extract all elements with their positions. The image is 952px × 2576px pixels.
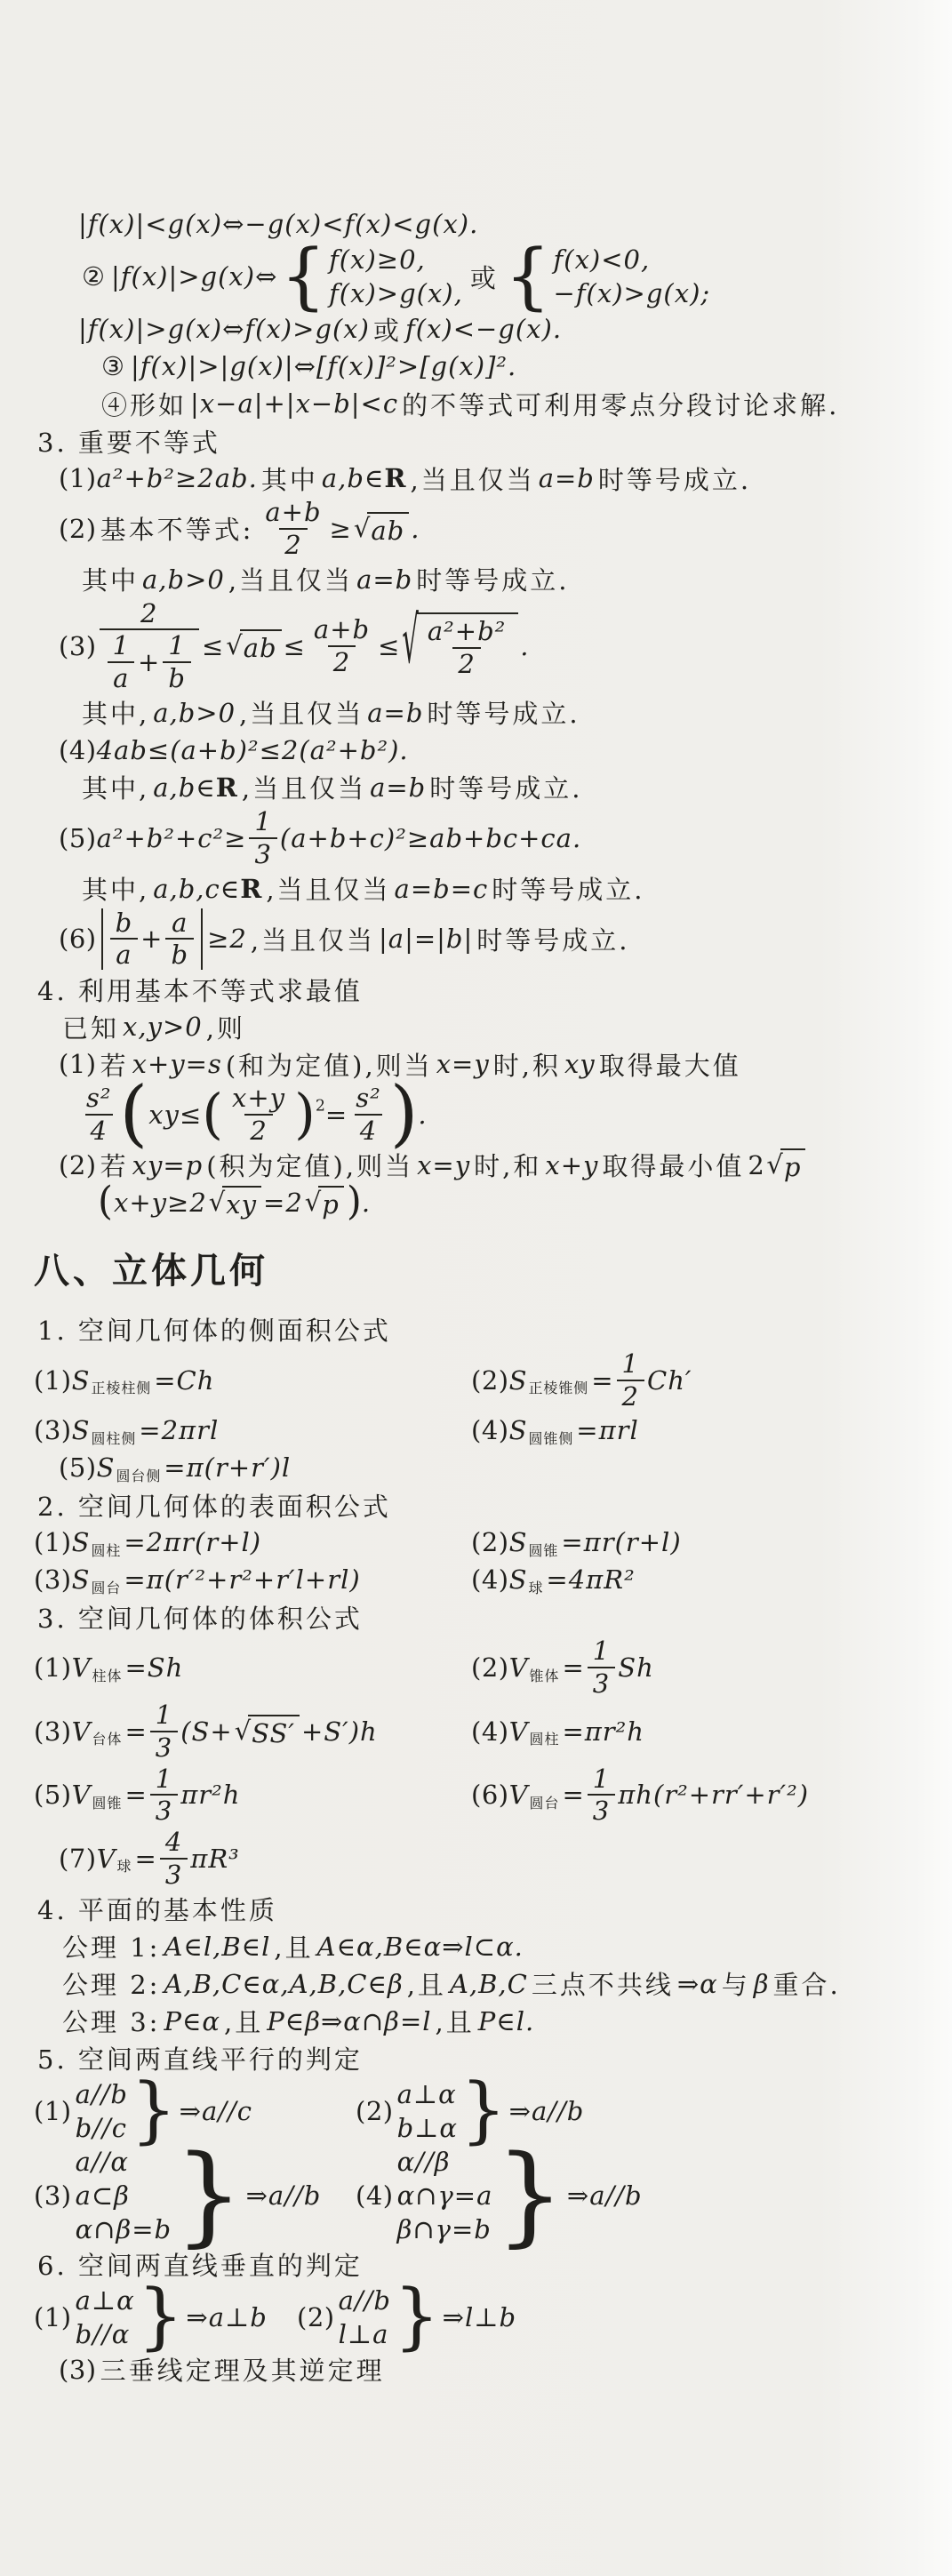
cjk-run: 若 — [100, 1147, 129, 1183]
stack-row: a//b — [76, 2079, 128, 2109]
math-run: a,b,c∈ — [153, 874, 240, 904]
formula-line: 公理 2:A,B,C∈α,A,B,C∈β,且A,B,C三点不共线⇒α与β重合. — [34, 1965, 929, 2003]
numerator: a+b — [308, 614, 375, 645]
math-run: ⇒a//b — [246, 2180, 322, 2211]
stacked-rows: α//βα∩γ=aβ∩γ=b — [396, 2145, 495, 2246]
math-run: |f(x)|>g(x)⇔f(x)>g(x) — [78, 314, 370, 344]
cases-group: {f(x)<0,−f(x)>g(x); — [504, 243, 712, 310]
math-run: S — [509, 1365, 528, 1396]
math-run: V — [72, 1780, 92, 1810]
cjk-run: 已知 — [62, 1009, 119, 1045]
cjk-run: 其中, — [82, 694, 149, 731]
number-run: 2 — [748, 1150, 764, 1180]
math-run: . — [362, 1188, 371, 1218]
math-run: 3 — [165, 1860, 182, 1891]
math-run: =π(r′²+r²+r′l+rl) — [124, 1564, 360, 1595]
formula-cell: (2)a⊥αb⊥α}⇒a//b — [356, 2077, 929, 2145]
stack-row: a⊂β — [76, 2180, 130, 2211]
math-run: xy≤ — [148, 1100, 202, 1130]
stack-row: b//c — [76, 2113, 127, 2143]
math-run: =π(r+r′)l — [164, 1452, 291, 1483]
formula-cell: (1)S圆柱=2πr(r+l) — [34, 1527, 471, 1557]
close-paren: ) — [294, 1093, 316, 1137]
fraction: a+b2 — [308, 614, 375, 678]
math-run: A,B,C — [450, 1969, 528, 1999]
formula-row: (3)V台体=13(S+√SS′+S′)h(4)V圆柱=πr²h — [34, 1700, 929, 1764]
brace-group: a⊥αb//α} — [74, 2284, 185, 2351]
cjk-run: 公理 3: — [62, 2003, 160, 2039]
math-run: x=y — [436, 1049, 490, 1079]
subscript: 正棱柱侧 — [91, 1377, 151, 1397]
sqrt: √ab — [354, 512, 409, 546]
math-run: P∈l. — [478, 2006, 534, 2036]
bold-run: R — [384, 463, 406, 493]
number-run: (3) — [59, 2355, 97, 2385]
sqrt: √p — [305, 1186, 344, 1220]
denominator: 3 — [160, 1858, 188, 1891]
formula-row: (1)a⊥αb//α}⇒a⊥b(2)a//bl⊥a}⇒l⊥b — [34, 2284, 929, 2351]
math-run: 3 — [593, 1668, 610, 1700]
cjk-run: ,则 — [206, 1009, 245, 1045]
formula-line: |f(x)|>g(x)⇔f(x)>g(x)或f(x)<−g(x). — [34, 310, 929, 348]
formula-line: (2)若xy=p(积为定值),则当x=y时,和x+y取得最小值2√p — [34, 1147, 929, 1184]
fraction: 13 — [588, 1636, 615, 1700]
math-run: V — [509, 1780, 529, 1810]
math-run: ⇒α — [677, 1969, 718, 1999]
formula-line: (x+y≥2√xy=2√p). — [34, 1184, 929, 1221]
cjk-run: 公理 1: — [62, 1928, 160, 1964]
math-run: a²+b² — [428, 616, 506, 647]
math-run: a,b>0 — [153, 698, 236, 728]
cjk-run: ④形如 — [101, 386, 187, 422]
formula-cell: (2)V锥体=13Sh — [471, 1636, 929, 1700]
math-run: ⇒a//c — [180, 2096, 252, 2126]
numerator: s² — [350, 1083, 387, 1114]
stack-row: a//α — [76, 2147, 129, 2177]
math-run: =Ch — [154, 1365, 214, 1396]
cjk-run: 1. 空间几何体的侧面积公式 — [37, 1311, 391, 1348]
math-run: f(x)≥0, — [329, 244, 426, 275]
math-run: 1 — [156, 1764, 172, 1795]
math-run: |f(x)|>|g(x)|⇔[f(x)]²>[g(x)]². — [131, 351, 516, 381]
number-run: (4) — [59, 735, 97, 765]
formula-line: (1)a²+b²≥2ab.其中a,b∈R,当且仅当a=b时等号成立. — [34, 460, 929, 497]
formula-cell: (2)S圆锥=πr(r+l) — [471, 1527, 929, 1557]
subscript: 正棱锥侧 — [528, 1377, 588, 1397]
cjk-run: 3. 重要不等式 — [37, 423, 220, 460]
fraction: 13 — [249, 806, 276, 870]
math-run: 1 — [113, 630, 130, 661]
math-run: l⊥a — [339, 2319, 389, 2349]
subscript: 圆锥 — [528, 1540, 558, 1560]
math-run: =πr²h — [562, 1716, 644, 1747]
denominator: 4 — [355, 1114, 382, 1147]
fraction: s²4 — [81, 1083, 117, 1147]
math-run: a//b — [339, 2285, 391, 2316]
math-run: 3 — [156, 1796, 172, 1827]
open-paren: ( — [202, 1093, 223, 1137]
stack-row: b⊥α — [397, 2113, 458, 2143]
cjk-run: ,当且仅当 — [411, 460, 535, 497]
formula-row: (5)V圆锥=13πr²h(6)V圆台=13πh(r²+rr′+r′²) — [34, 1764, 929, 1828]
subscript: 球 — [117, 1855, 132, 1876]
math-run: 2 — [140, 598, 157, 629]
formula-line: 3. 重要不等式 — [34, 422, 929, 460]
math-run: 1 — [622, 1348, 639, 1380]
math-run: A∈l,B∈l — [164, 1932, 270, 1962]
formula-line: 1. 空间几何体的侧面积公式 — [34, 1311, 929, 1348]
math-run: a — [113, 663, 129, 694]
formula-cell: (4)S球=4πR² — [471, 1564, 929, 1595]
math-run: S — [509, 1415, 528, 1445]
denominator: 2 — [452, 647, 480, 680]
number-run: (3) — [34, 2180, 72, 2211]
math-run: πR³ — [190, 1844, 240, 1874]
math-run: a — [172, 908, 188, 939]
cjk-run: 5. 空间两直线平行的判定 — [37, 2040, 363, 2076]
math-run: |x−a|+|x−b|<c — [190, 388, 398, 419]
math-run: |f(x)|>g(x)⇔ — [111, 261, 277, 292]
math-run: S — [72, 1415, 91, 1445]
math-run: a,b∈ — [153, 772, 216, 803]
formula-row: (1)V柱体=Sh(2)V锥体=13Sh — [34, 1636, 929, 1700]
denominator: 3 — [150, 1794, 178, 1827]
number-run: (2) — [471, 1527, 509, 1557]
math-run: 1 — [593, 1764, 610, 1795]
math-run: =2πr(r+l) — [124, 1527, 261, 1557]
section-heading: 八、立体几何 — [34, 1243, 929, 1293]
math-run: = — [124, 1716, 147, 1747]
math-run: f(x)>g(x), — [329, 278, 463, 308]
numerator: a — [166, 908, 193, 939]
math-run: 3 — [254, 839, 271, 870]
formula-cell: (1)V柱体=Sh — [34, 1652, 471, 1683]
math-run: ⇒a⊥b — [186, 2302, 267, 2332]
formula-cell: (3)S圆台=π(r′²+r²+r′l+rl) — [34, 1564, 471, 1595]
cjk-run: 其中 — [261, 460, 318, 497]
math-run: V — [509, 1652, 529, 1683]
fraction: s²4 — [350, 1083, 387, 1147]
denominator: a — [110, 938, 137, 971]
math-run: ab — [371, 516, 404, 546]
math-run: = — [562, 1652, 584, 1683]
number-run: (5) — [34, 1780, 72, 1810]
formula-cell: (4)V圆柱=πr²h — [471, 1716, 929, 1747]
math-run: S — [509, 1527, 528, 1557]
math-run: Ch′ — [647, 1365, 692, 1396]
math-run: ⇒a//b — [509, 2096, 585, 2126]
formula-row: (1)S正棱柱侧=Ch(2)S正棱锥侧=12Ch′ — [34, 1348, 929, 1412]
math-run: 4 — [91, 1116, 108, 1147]
denominator: 3 — [588, 1667, 615, 1700]
math-run: a=b — [367, 698, 423, 728]
fraction: 13 — [150, 1700, 178, 1764]
math-run: 4 — [360, 1116, 377, 1147]
math-run: x+y≥2 — [114, 1188, 207, 1218]
math-run: s² — [356, 1083, 381, 1114]
formula-line: (5)a²+b²+c²≥13(a+b+c)²≥ab+bc+ca. — [34, 806, 929, 870]
math-run: =πr(r+l) — [561, 1527, 681, 1557]
fraction: 12 — [617, 1348, 644, 1412]
denominator: 2 — [617, 1380, 644, 1412]
formula-line: ④形如|x−a|+|x−b|<c的不等式可利用零点分段讨论求解. — [34, 385, 929, 422]
brace: { — [505, 248, 551, 306]
brace-group: α//βα∩γ=aβ∩γ=b} — [396, 2145, 565, 2246]
cjk-run: 或 — [373, 311, 402, 348]
number-run: (3) — [34, 1564, 72, 1595]
number-run: (2) — [356, 2096, 394, 2126]
cjk-run: 重合. — [773, 1965, 841, 2002]
math-run: 2 — [284, 530, 301, 561]
denominator: a — [108, 661, 134, 694]
stacked-rows: a⊥αb//α — [74, 2284, 137, 2351]
cjk-run: 其中 — [82, 561, 139, 597]
number-run: (6) — [471, 1780, 509, 1810]
paren-content: x+y2 — [224, 1083, 293, 1147]
math-run: a²+b²+c²≥ — [97, 823, 247, 853]
numerator: 1 — [150, 1700, 178, 1731]
math-run: p — [784, 1152, 802, 1182]
cjk-run: ,且 — [407, 1965, 446, 2002]
radicand: p — [780, 1148, 806, 1182]
formula-line: 已知x,y>0,则 — [34, 1008, 929, 1045]
math-run: a=b — [539, 463, 595, 493]
sqrt: √p — [766, 1148, 805, 1182]
formula-line: 其中,a,b,c∈R,当且仅当a=b=c时等号成立. — [34, 870, 929, 908]
stack-row: −f(x)>g(x); — [554, 278, 711, 308]
cjk-run: 时等号成立. — [492, 870, 644, 907]
fraction: a+b2 — [260, 497, 326, 561]
math-run: A∈α,B∈α⇒l⊂α. — [317, 1932, 524, 1962]
number-run: (1) — [34, 1365, 72, 1396]
math-run: xy — [564, 1049, 596, 1079]
math-run: a=b=c — [395, 874, 489, 904]
math-run: 1 — [156, 1700, 172, 1731]
subscript: 圆柱侧 — [91, 1428, 136, 1448]
numerator: 1 — [249, 806, 276, 837]
fraction: 13 — [150, 1764, 178, 1828]
math-run: =2πrl — [139, 1415, 219, 1445]
formula-line: (3)21a+1b≤√ab≤a+b2≤√a²+b²2. — [34, 598, 929, 694]
math-run: b — [168, 663, 186, 694]
stack-row: a//b — [339, 2285, 391, 2316]
number-run: (6) — [59, 924, 97, 954]
denominator: 2 — [279, 528, 307, 561]
numerator: 1 — [617, 1348, 644, 1380]
math-run: + — [140, 924, 163, 954]
sqrt: √a²+b²2 — [402, 612, 518, 680]
brace-group: a//bb//c} — [74, 2077, 178, 2145]
math-run: a⊥α — [397, 2079, 457, 2109]
cjk-run: 时等号成立. — [429, 769, 582, 805]
formula-line: (7)V球=43πR³ — [34, 1827, 929, 1891]
cjk-run: ,当且仅当 — [228, 561, 353, 597]
cjk-run: 4. 利用基本不等式求最值 — [37, 972, 363, 1008]
math-run: 1 — [254, 806, 271, 837]
number-run: (2) — [297, 2302, 335, 2332]
bold-run: R — [216, 772, 238, 803]
number-run: (2) — [471, 1652, 509, 1683]
cjk-run: 时等号成立. — [598, 460, 751, 497]
cjk-run: 时等号成立. — [476, 921, 629, 957]
cjk-run: 三点不共线 — [532, 1965, 674, 2002]
stacked-rows: a//bl⊥a — [337, 2284, 393, 2351]
numerator: 4 — [160, 1827, 188, 1858]
math-run: xy — [226, 1189, 257, 1220]
math-run: 3 — [593, 1796, 610, 1827]
cjk-run: ③ — [101, 351, 127, 381]
formula-row: (1)S圆柱=2πr(r+l)(2)S圆锥=πr(r+l) — [34, 1524, 929, 1561]
number-run: (4) — [471, 1716, 509, 1747]
paren-content: x+y≥2√xy=2√p — [114, 1186, 346, 1220]
denominator: 4 — [85, 1114, 113, 1147]
formula-cell: (3)S圆柱侧=2πrl — [34, 1415, 471, 1445]
numerator: 1 — [150, 1764, 178, 1795]
sqrt: √xy — [209, 1186, 261, 1220]
math-run: + — [138, 647, 160, 678]
formula-line: 3. 空间几何体的体积公式 — [34, 1598, 929, 1636]
math-run: A,B,C∈α,A,B,C∈β — [164, 1969, 403, 1999]
math-run: 4ab≤(a+b)²≤2(a²+b²). — [97, 735, 409, 765]
cjk-run: 时,积 — [493, 1046, 561, 1083]
formula-line: 公理 3:P∈α,且P∈β⇒α∩β=l,且P∈l. — [34, 2003, 929, 2040]
math-run: 1 — [593, 1636, 610, 1667]
cjk-run: 2. 空间几何体的表面积公式 — [37, 1487, 391, 1524]
math-run: β∩γ=b — [397, 2214, 492, 2244]
formula-line: (6)ba+ab≥2,当且仅当|a|=|b|时等号成立. — [34, 908, 929, 972]
formula-line: ③|f(x)|>|g(x)|⇔[f(x)]²>[g(x)]². — [34, 348, 929, 385]
radicand: ab — [240, 629, 282, 663]
numerator: 2 — [135, 598, 163, 629]
stack-row: b//α — [76, 2319, 131, 2349]
brace: } — [138, 2288, 184, 2346]
superscript: 2 — [316, 1097, 325, 1115]
subscript: 圆柱 — [530, 1728, 560, 1748]
stack-row: α∩γ=a — [397, 2180, 493, 2211]
math-run: ≤ — [202, 631, 224, 661]
math-run: ⇒a//b — [567, 2180, 643, 2211]
number-run: (1) — [34, 1527, 72, 1557]
number-run: (2) — [471, 1365, 509, 1396]
math-run: =Sh — [124, 1652, 183, 1683]
number-run: (4) — [356, 2180, 394, 2211]
math-run: V — [97, 1844, 116, 1874]
formula-cell: (3)a//αa⊂βα∩β=b}⇒a//b — [34, 2145, 356, 2246]
paren-content: xy≤(x+y2)2=s²4 — [148, 1083, 389, 1147]
stacked-rows: a⊥αb⊥α — [396, 2077, 460, 2145]
formula-cell: (1)S正棱柱侧=Ch — [34, 1365, 471, 1396]
formula-row: (3)S圆柱侧=2πrl(4)S圆锥侧=πrl — [34, 1412, 929, 1449]
number-run: (7) — [59, 1844, 97, 1874]
math-run: ≥2 — [207, 924, 247, 954]
cjk-run: 4. 平面的基本性质 — [37, 1891, 277, 1927]
math-run: ≤ — [378, 631, 400, 661]
stacked-rows: a//bb//c — [74, 2077, 130, 2145]
denominator: 3 — [150, 1731, 178, 1764]
math-run: S — [97, 1452, 116, 1483]
cjk-run: ,当且仅当 — [251, 921, 375, 957]
formula-cell: (4)S圆锥侧=πrl — [471, 1415, 929, 1445]
stacked-rows: f(x)≥0,f(x)>g(x), — [327, 243, 465, 310]
radicand: p — [318, 1186, 344, 1220]
formula-cell: (4)α//βα∩γ=aβ∩γ=b}⇒a//b — [356, 2145, 929, 2246]
formula-cell: (2)S正棱锥侧=12Ch′ — [471, 1348, 929, 1412]
subscript: 台体 — [92, 1728, 123, 1748]
subscript: 圆锥侧 — [528, 1428, 573, 1448]
denominator: 2 — [328, 645, 356, 678]
math-run: x=y — [417, 1150, 470, 1180]
math-run: = — [135, 1844, 157, 1874]
math-run: 2 — [622, 1381, 639, 1412]
math-run: x+y — [545, 1150, 598, 1180]
paren-group: (x+y≥2√xy=2√p) — [98, 1186, 362, 1220]
cjk-run: 或 — [470, 259, 499, 295]
abs-bar — [201, 908, 203, 971]
math-run: a,b>0 — [142, 564, 225, 595]
number-run: (1) — [59, 463, 97, 493]
fraction: 1a — [108, 630, 135, 694]
denominator: b — [163, 661, 191, 694]
formula-cell: (2)a//bl⊥a}⇒l⊥b — [297, 2284, 929, 2351]
math-run: α∩β=b — [76, 2214, 172, 2244]
brace: } — [174, 2152, 244, 2238]
fraction: ab — [165, 908, 194, 972]
math-run: . — [520, 631, 529, 661]
math-run: V — [72, 1652, 92, 1683]
formula-line: (3)三垂线定理及其逆定理 — [34, 2351, 929, 2388]
number-run: (1) — [34, 1652, 72, 1683]
formula-cell: (6)V圆台=13πh(r²+rr′+r′²) — [471, 1764, 929, 1828]
cjk-run: 取得最大值 — [599, 1046, 741, 1083]
stacked-rows: f(x)<0,−f(x)>g(x); — [552, 243, 713, 310]
math-run: b//c — [76, 2113, 127, 2143]
formula-row: (3)a//αa⊂βα∩β=b}⇒a//b(4)α//βα∩γ=aβ∩γ=b}⇒… — [34, 2145, 929, 2246]
cjk-run: 与 — [722, 1965, 750, 2002]
math-run: S — [72, 1564, 91, 1595]
math-run: =2 — [263, 1188, 303, 1218]
formula-line: (1)若x+y=s(和为定值),则当x=y时,积xy取得最大值 — [34, 1045, 929, 1083]
open-paren: ( — [120, 1085, 148, 1143]
numerator: a²+b² — [422, 616, 511, 647]
fraction: a²+b²2 — [422, 616, 511, 680]
radicand: SS′ — [248, 1715, 300, 1748]
paren-group: (xy≤(x+y2)2=s²4) — [120, 1083, 419, 1147]
scanned-page: |f(x)|<g(x)⇔−g(x)<f(x)<g(x).②|f(x)|>g(x)… — [0, 0, 952, 2576]
denominator: 2 — [244, 1114, 272, 1147]
formula-line: 其中,a,b>0,当且仅当a=b时等号成立. — [34, 694, 929, 732]
brace: } — [394, 2288, 440, 2346]
close-paren: ) — [347, 1187, 362, 1218]
math-run: P∈β⇒α∩β=l — [267, 2006, 431, 2036]
math-run: x+y — [232, 1083, 285, 1114]
math-run: α∩γ=a — [397, 2180, 493, 2211]
math-run: = — [325, 1100, 348, 1130]
numerator: x+y — [227, 1083, 291, 1114]
math-run: ≤ — [284, 631, 306, 661]
formula-line: s²4(xy≤(x+y2)2=s²4). — [34, 1083, 929, 1147]
math-run: p — [322, 1189, 340, 1220]
math-run: b — [171, 940, 188, 971]
sqrt: √SS′ — [235, 1715, 300, 1748]
math-run: f(x)<0, — [554, 244, 651, 275]
number-run: (5) — [59, 1452, 97, 1483]
numerator: b — [110, 908, 139, 939]
formula-line: 其中,a,b∈R,当且仅当a=b时等号成立. — [34, 769, 929, 806]
brace: } — [131, 2082, 177, 2140]
number-run: (3) — [34, 1716, 72, 1747]
formula-line: (5)S圆台侧=π(r+r′)l — [34, 1449, 929, 1486]
math-run: ⇒l⊥b — [443, 2302, 516, 2332]
